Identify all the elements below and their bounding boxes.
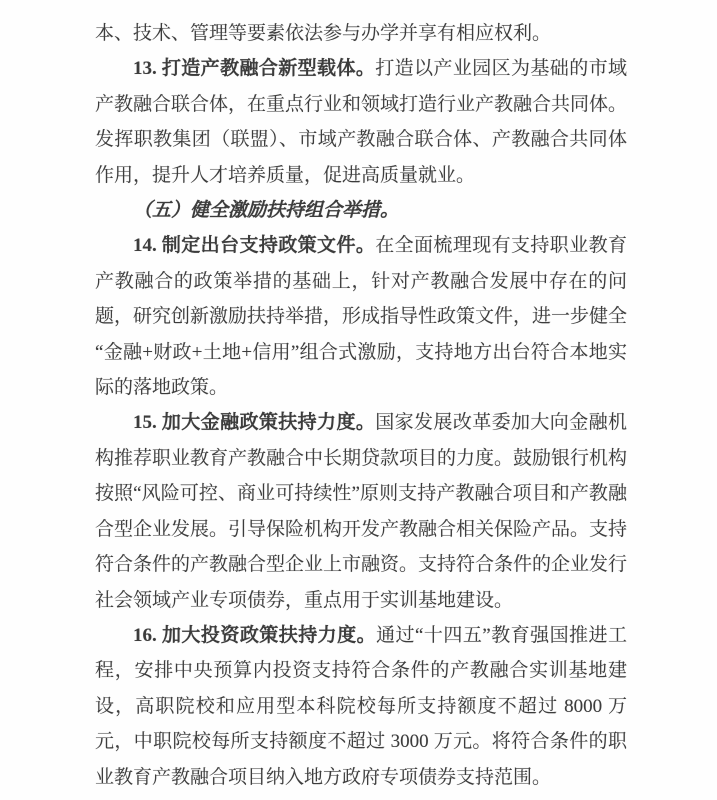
numbered-item-16: 16. 加大投资政策扶持力度。通过“十四五”教育强国推进工程，安排中央预算内投资… (95, 618, 627, 795)
numbered-item-14-lead: 14. 制定出台支持政策文件。 (133, 235, 375, 256)
paragraph-continuation-text: 本、技术、管理等要素依法参与办学并享有相应权利。 (95, 23, 551, 44)
document-page: 本、技术、管理等要素依法参与办学并享有相应权利。 13. 打造产教融合新型载体。… (0, 0, 717, 800)
numbered-item-15: 15. 加大金融政策扶持力度。国家发展改革委加大向金融机构推荐职业教育产教融合中… (95, 405, 627, 617)
numbered-item-14: 14. 制定出台支持政策文件。在全面梳理现有支持职业教育产教融合的政策举措的基础… (95, 228, 627, 405)
section-heading-5-text: （五）健全激励扶持组合举措。 (133, 200, 399, 221)
numbered-item-16-lead: 16. 加大投资政策扶持力度。 (133, 625, 376, 646)
numbered-item-13-lead: 13. 打造产教融合新型载体。 (133, 58, 375, 79)
numbered-item-15-body: 国家发展改革委加大向金融机构推荐职业教育产教融合中长期贷款项目的力度。鼓励银行机… (95, 412, 627, 610)
numbered-item-14-body: 在全面梳理现有支持职业教育产教融合的政策举措的基础上，针对产教融合发展中存在的问… (95, 235, 627, 398)
numbered-item-13: 13. 打造产教融合新型载体。打造以产业园区为基础的市域产教融合联合体，在重点行… (95, 51, 627, 193)
numbered-item-15-lead: 15. 加大金融政策扶持力度。 (133, 412, 375, 433)
numbered-item-16-body: 通过“十四五”教育强国推进工程，安排中央预算内投资支持符合条件的产教融合实训基地… (95, 625, 627, 788)
paragraph-continuation: 本、技术、管理等要素依法参与办学并享有相应权利。 (95, 16, 627, 51)
section-heading-5: （五）健全激励扶持组合举措。 (95, 193, 627, 228)
